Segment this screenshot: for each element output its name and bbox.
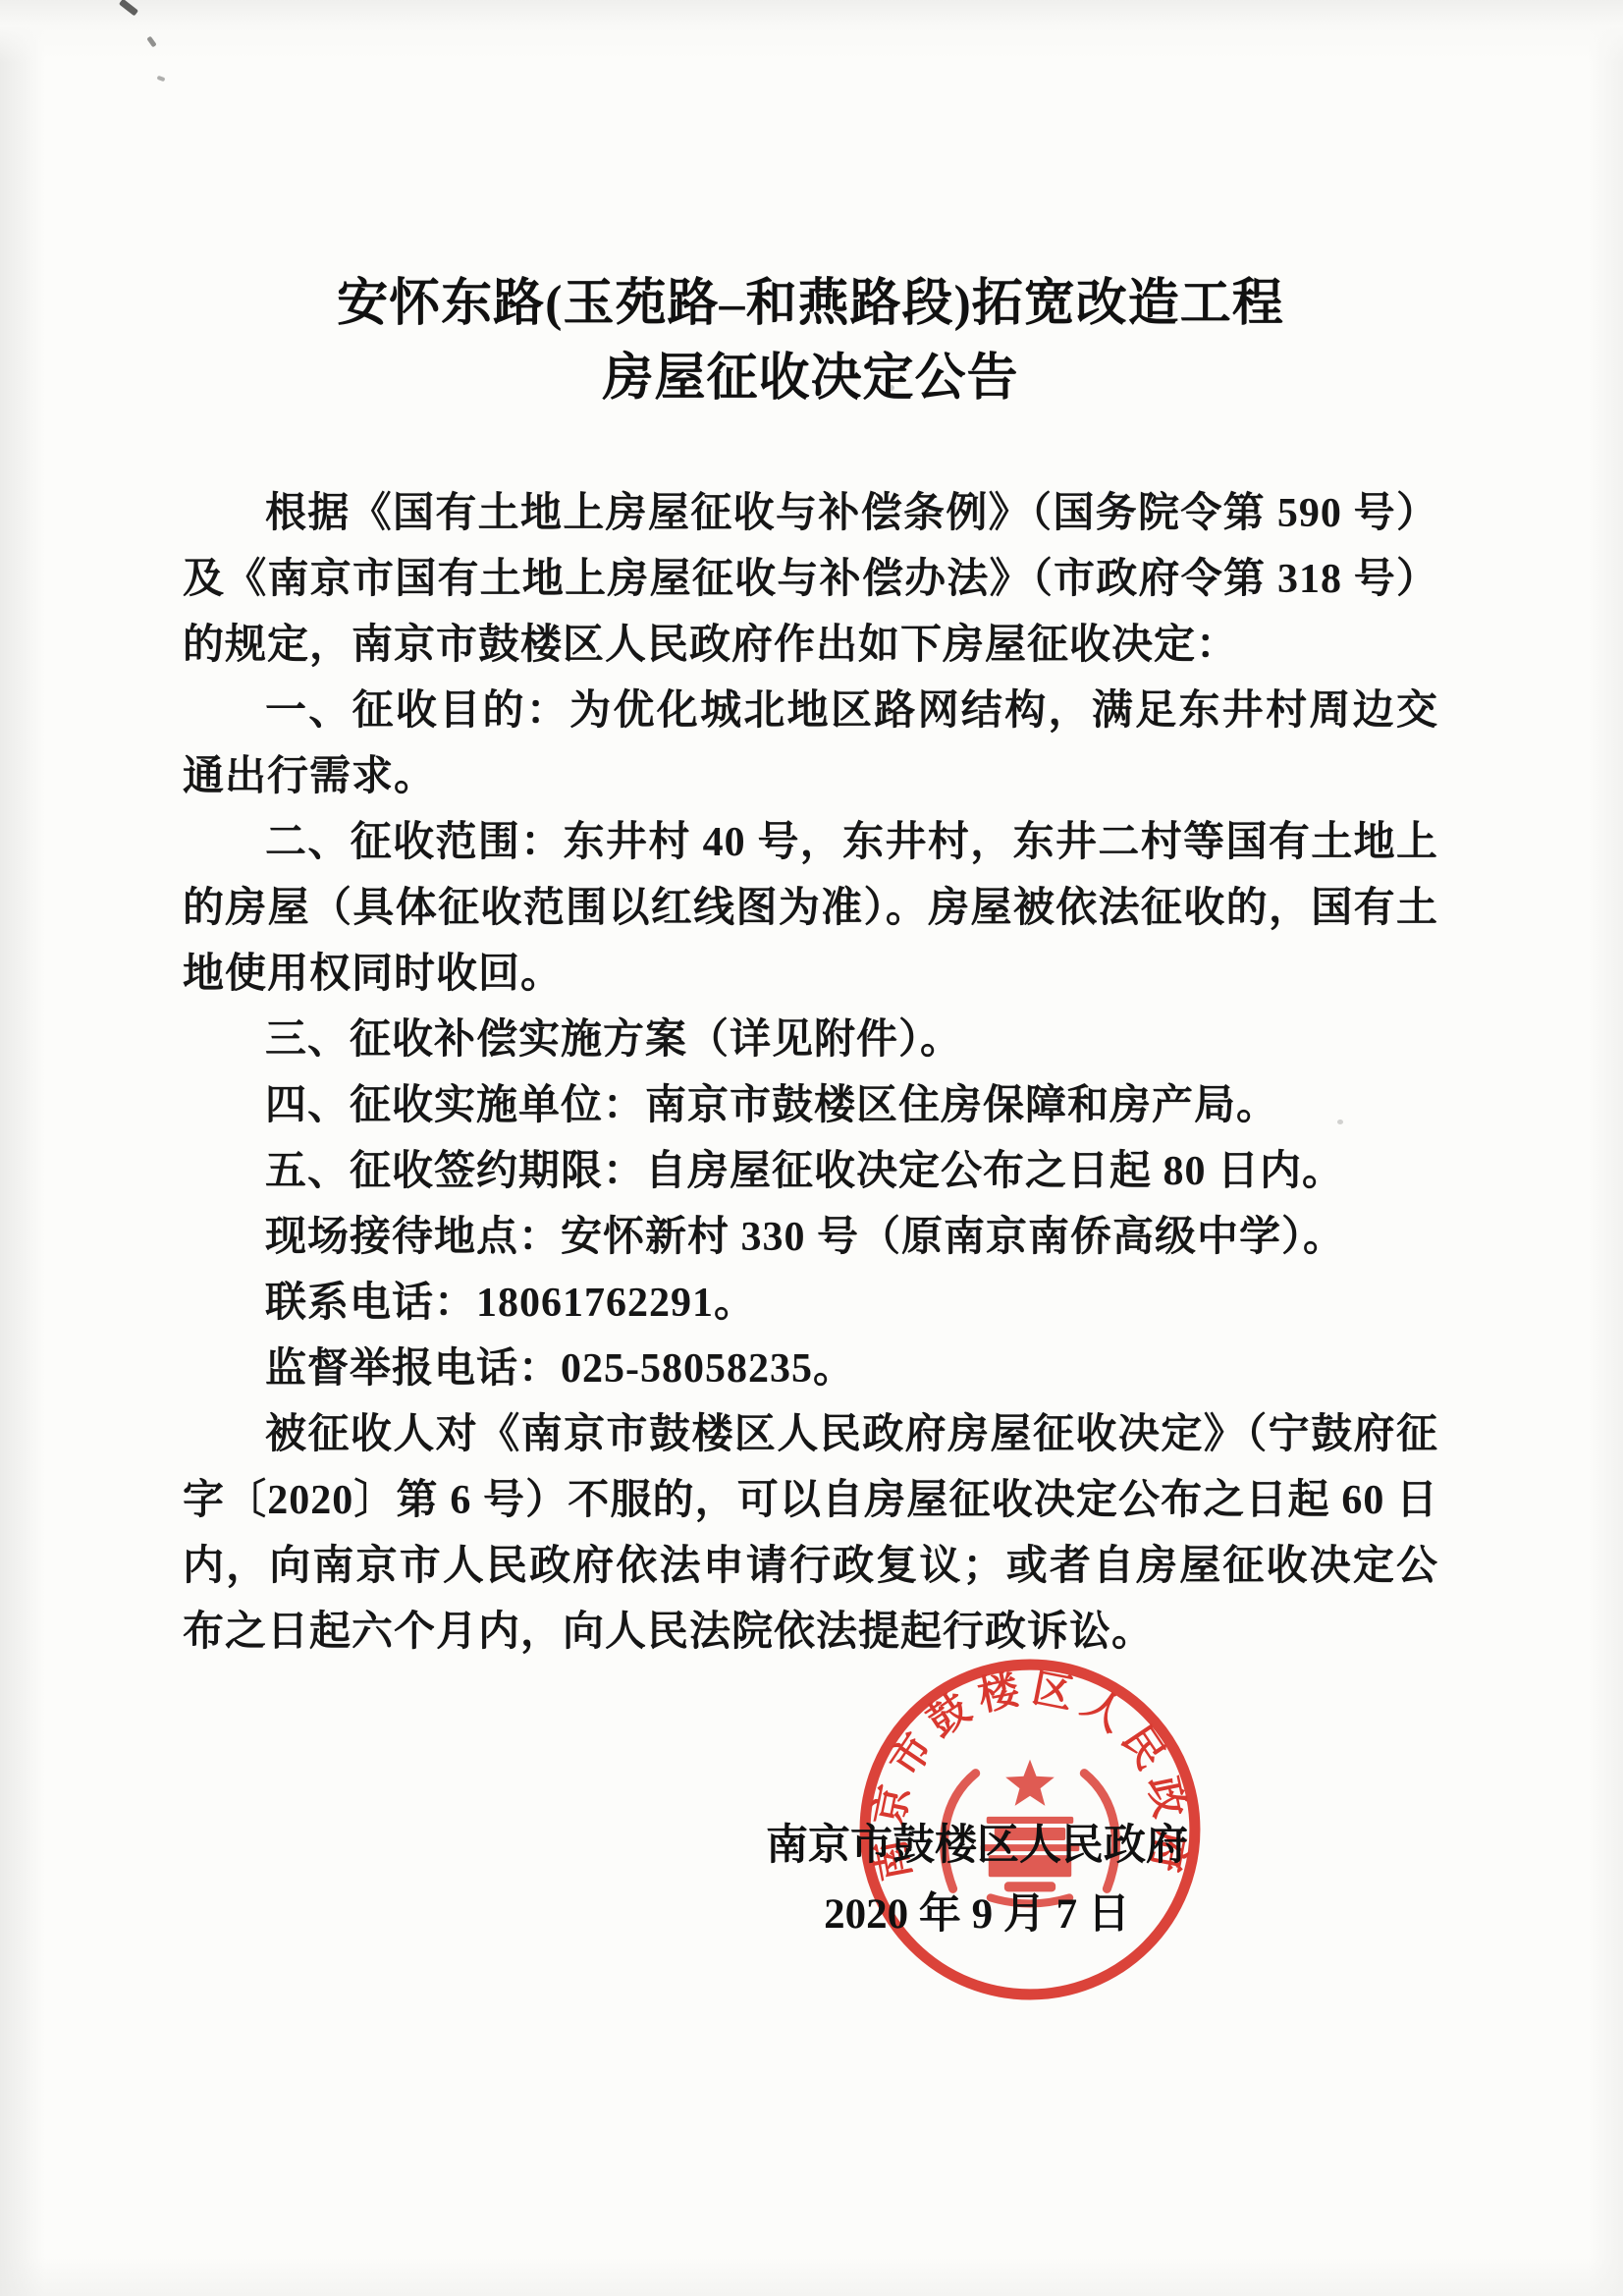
document-title-line1: 安怀东路(玉苑路–和燕路段)拓宽改造工程 (183, 267, 1438, 342)
scan-speck (1337, 1120, 1343, 1124)
scan-speck (146, 36, 156, 48)
paragraph-item-1-purpose: 一、征收目的：为优化城北地区路网结构，满足东井村周边交通出行需求。 (183, 679, 1438, 810)
scan-speck (889, 385, 894, 391)
scanned-document-page: 安怀东路(玉苑路–和燕路段)拓宽改造工程 房屋征收决定公告 根据《国有土地上房屋… (0, 0, 1623, 2296)
signature-org: 南京市鼓楼区人民政府 (727, 1812, 1227, 1881)
paragraph-item-5-deadline: 五、征收签约期限：自房屋征收决定公布之日起 80 日内。 (183, 1139, 1438, 1205)
paragraph-contact-phone: 联系电话：18061762291。 (183, 1271, 1438, 1337)
document-content: 安怀东路(玉苑路–和燕路段)拓宽改造工程 房屋征收决定公告 根据《国有土地上房屋… (183, 0, 1438, 1666)
paragraph-report-phone: 监督举报电话：025-58058235。 (183, 1337, 1438, 1402)
document-body: 根据《国有土地上房屋征收与补偿条例》（国务院令第 590 号）及《南京市国有土地… (183, 481, 1438, 1666)
document-title: 安怀东路(玉苑路–和燕路段)拓宽改造工程 房屋征收决定公告 (183, 267, 1438, 416)
paragraph-appeal-rights: 被征收人对《南京市鼓楼区人民政府房屋征收决定》（宁鼓府征字〔2020〕第 6 号… (183, 1402, 1438, 1666)
paragraph-legal-basis: 根据《国有土地上房屋征收与补偿条例》（国务院令第 590 号）及《南京市国有土地… (183, 481, 1438, 679)
paragraph-item-4-agency: 四、征收实施单位：南京市鼓楼区住房保障和房产局。 (183, 1073, 1438, 1139)
signature-date: 2020 年 9 月 7 日 (727, 1881, 1227, 1949)
scan-speck (157, 76, 166, 82)
paragraph-item-3-plan: 三、征收补偿实施方案（详见附件）。 (183, 1008, 1438, 1073)
emblem-star-icon (1005, 1760, 1055, 1806)
paragraph-reception-address: 现场接待地点：安怀新村 330 号（原南京南侨高级中学）。 (183, 1205, 1438, 1271)
signature-block: 南京市鼓楼区人民政府 2020 年 9 月 7 日 (727, 1812, 1227, 1949)
document-title-line2: 房屋征收决定公告 (183, 342, 1438, 416)
paragraph-item-2-scope: 二、征收范围：东井村 40 号，东井村，东井二村等国有土地上的房屋（具体征收范围… (183, 810, 1438, 1008)
scan-speck (119, 0, 138, 16)
